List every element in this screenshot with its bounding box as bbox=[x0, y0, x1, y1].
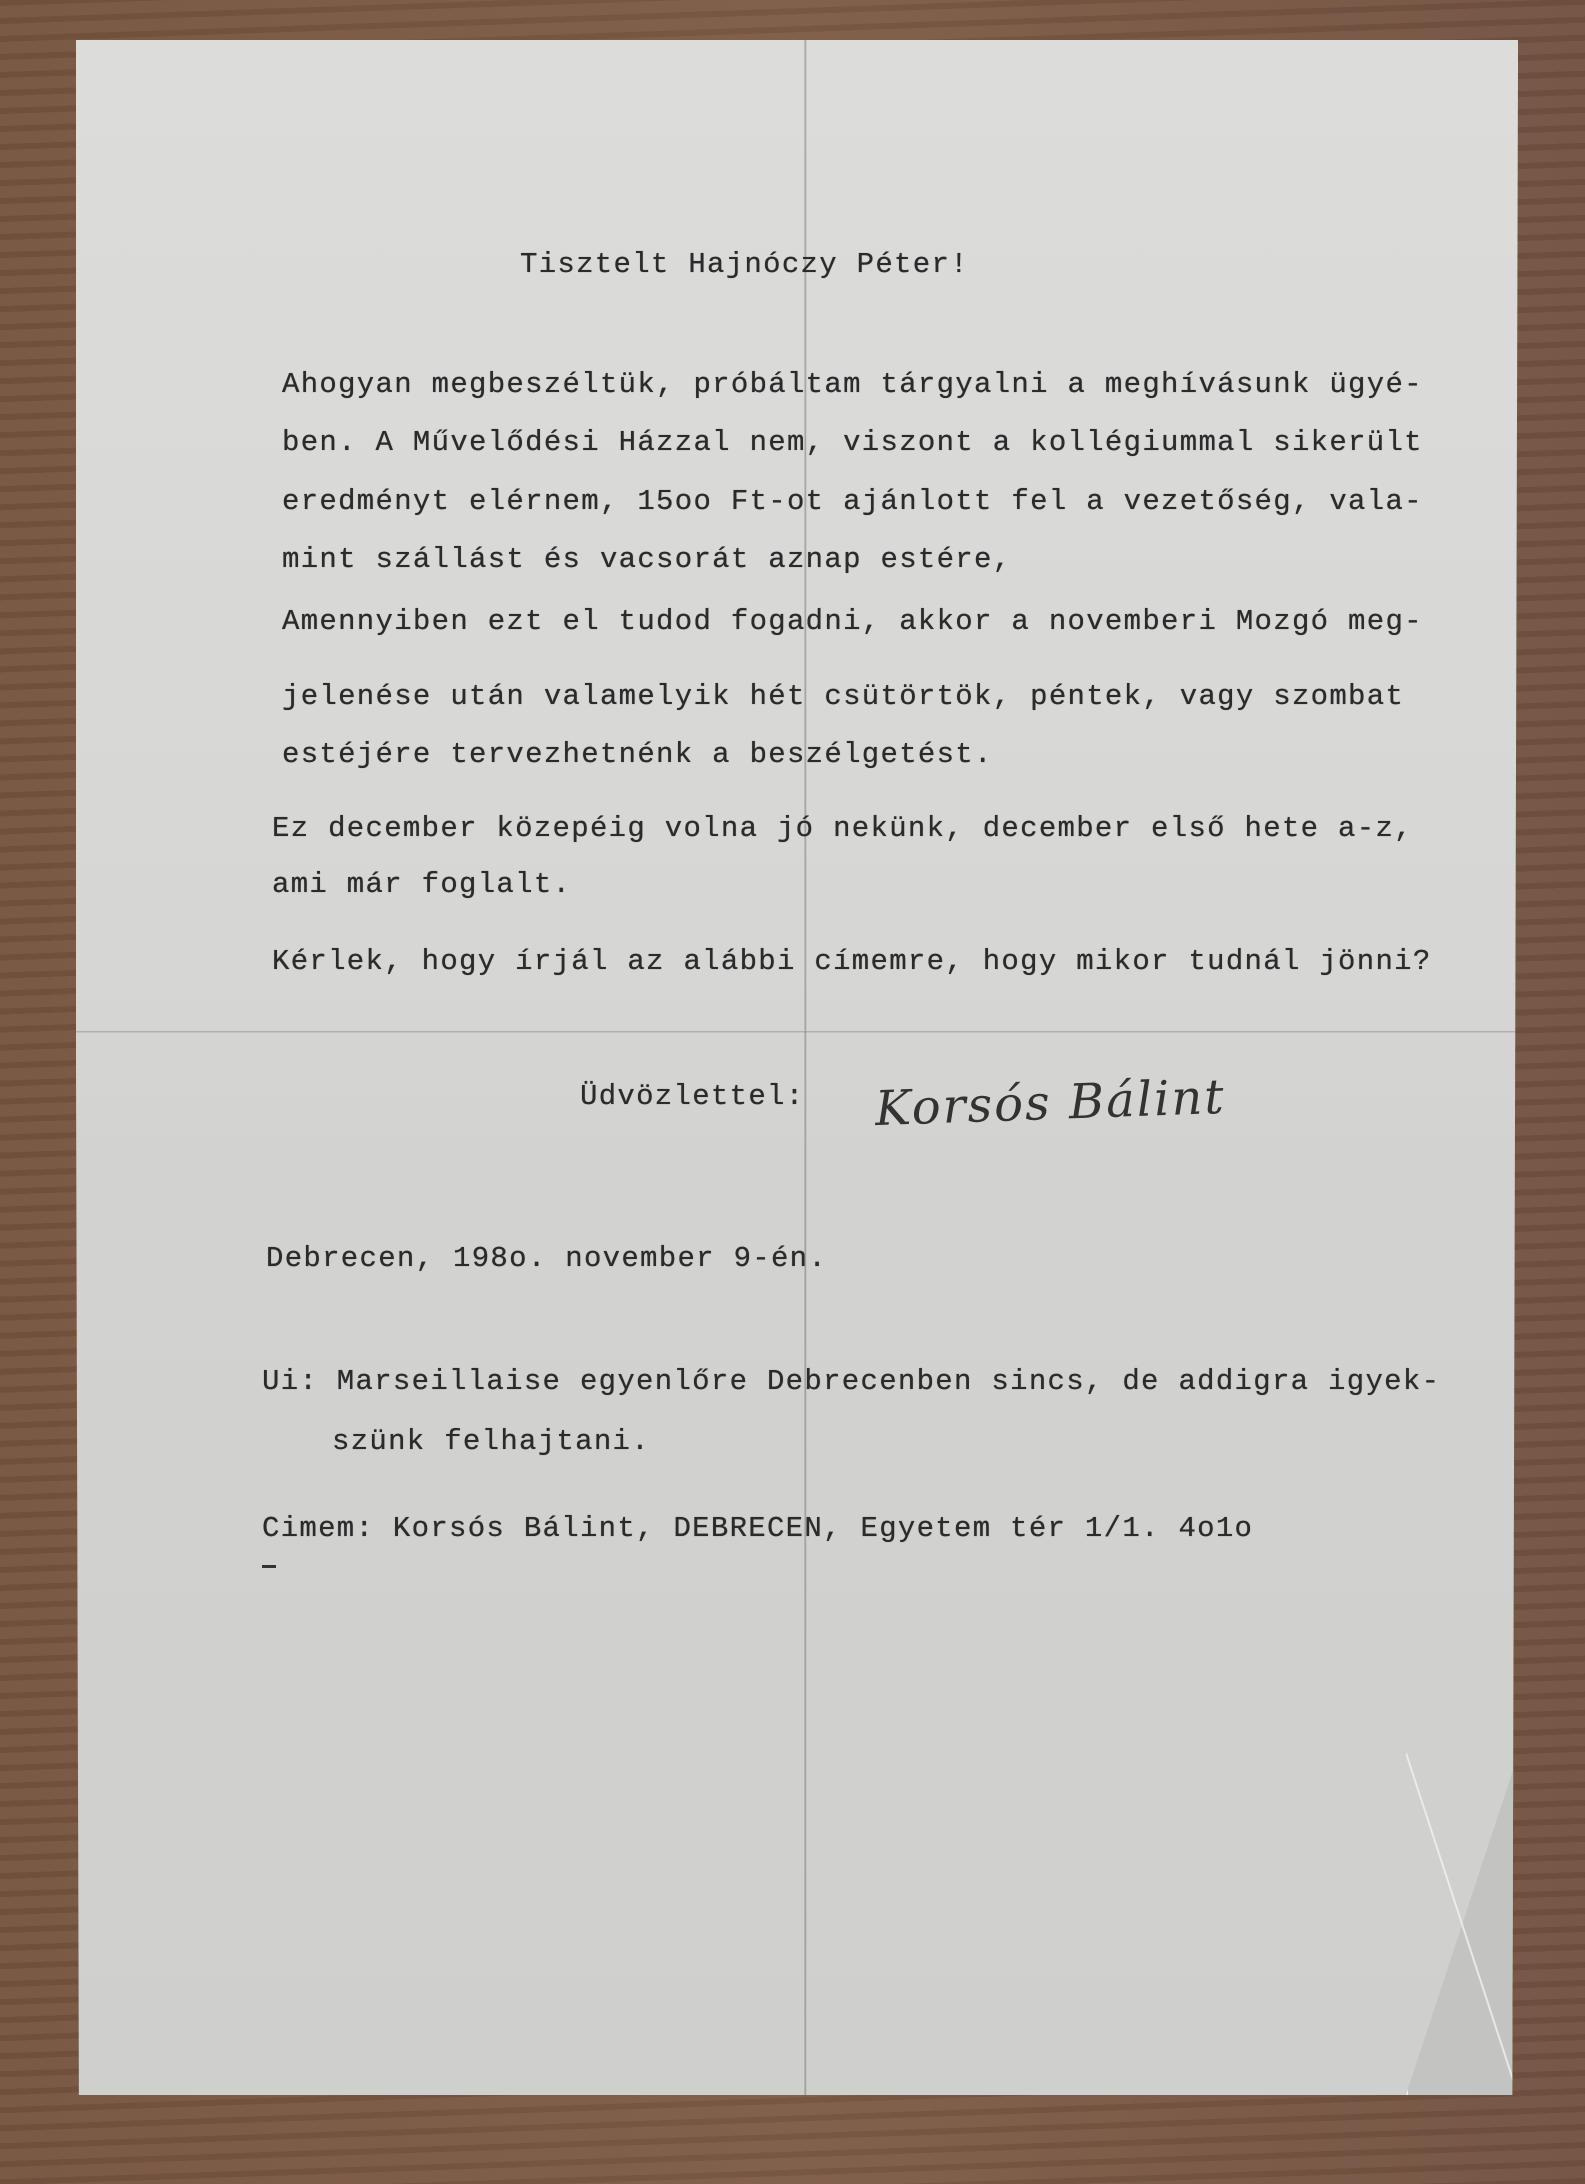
typed-dash-mark bbox=[262, 1565, 276, 1568]
body-line: Amennyiben ezt el tudod fogadni, akkor a… bbox=[282, 605, 1423, 638]
body-line: Ez december közepéig volna jó nekünk, de… bbox=[272, 812, 1413, 845]
closing: Üdvözlettel: bbox=[580, 1080, 804, 1113]
horizontal-fold-crease bbox=[76, 1030, 1518, 1033]
body-line: Kérlek, hogy írjál az alábbi címemre, ho… bbox=[272, 945, 1432, 978]
body-line: mint szállást és vacsorát aznap estére, bbox=[282, 543, 1011, 576]
corner-crease-line bbox=[1406, 1753, 1518, 2095]
postscript-line: Ui: Marseillaise egyenlőre Debrecenben s… bbox=[262, 1365, 1440, 1398]
body-line: ami már foglalt. bbox=[272, 868, 571, 901]
body-line: eredményt elérnem, 15oo Ft-ot ajánlott f… bbox=[282, 485, 1423, 518]
body-line: ben. A Művelődési Házzal nem, viszont a … bbox=[282, 426, 1423, 459]
address-line: Cimem: Korsós Bálint, DEBRECEN, Egyetem … bbox=[262, 1512, 1253, 1545]
letter-paper bbox=[76, 40, 1518, 2095]
place-date: Debrecen, 198o. november 9-én. bbox=[266, 1242, 827, 1275]
body-line: Ahogyan megbeszéltük, próbáltam tárgyaln… bbox=[282, 368, 1423, 401]
vertical-fold-crease bbox=[804, 40, 807, 2095]
body-line: estéjére tervezhetnénk a beszélgetést. bbox=[282, 738, 993, 771]
postscript-line: szünk felhajtani. bbox=[332, 1425, 650, 1458]
salutation: Tisztelt Hajnóczy Péter! bbox=[520, 248, 969, 281]
body-line: jelenése után valamelyik hét csütörtök, … bbox=[282, 680, 1404, 713]
